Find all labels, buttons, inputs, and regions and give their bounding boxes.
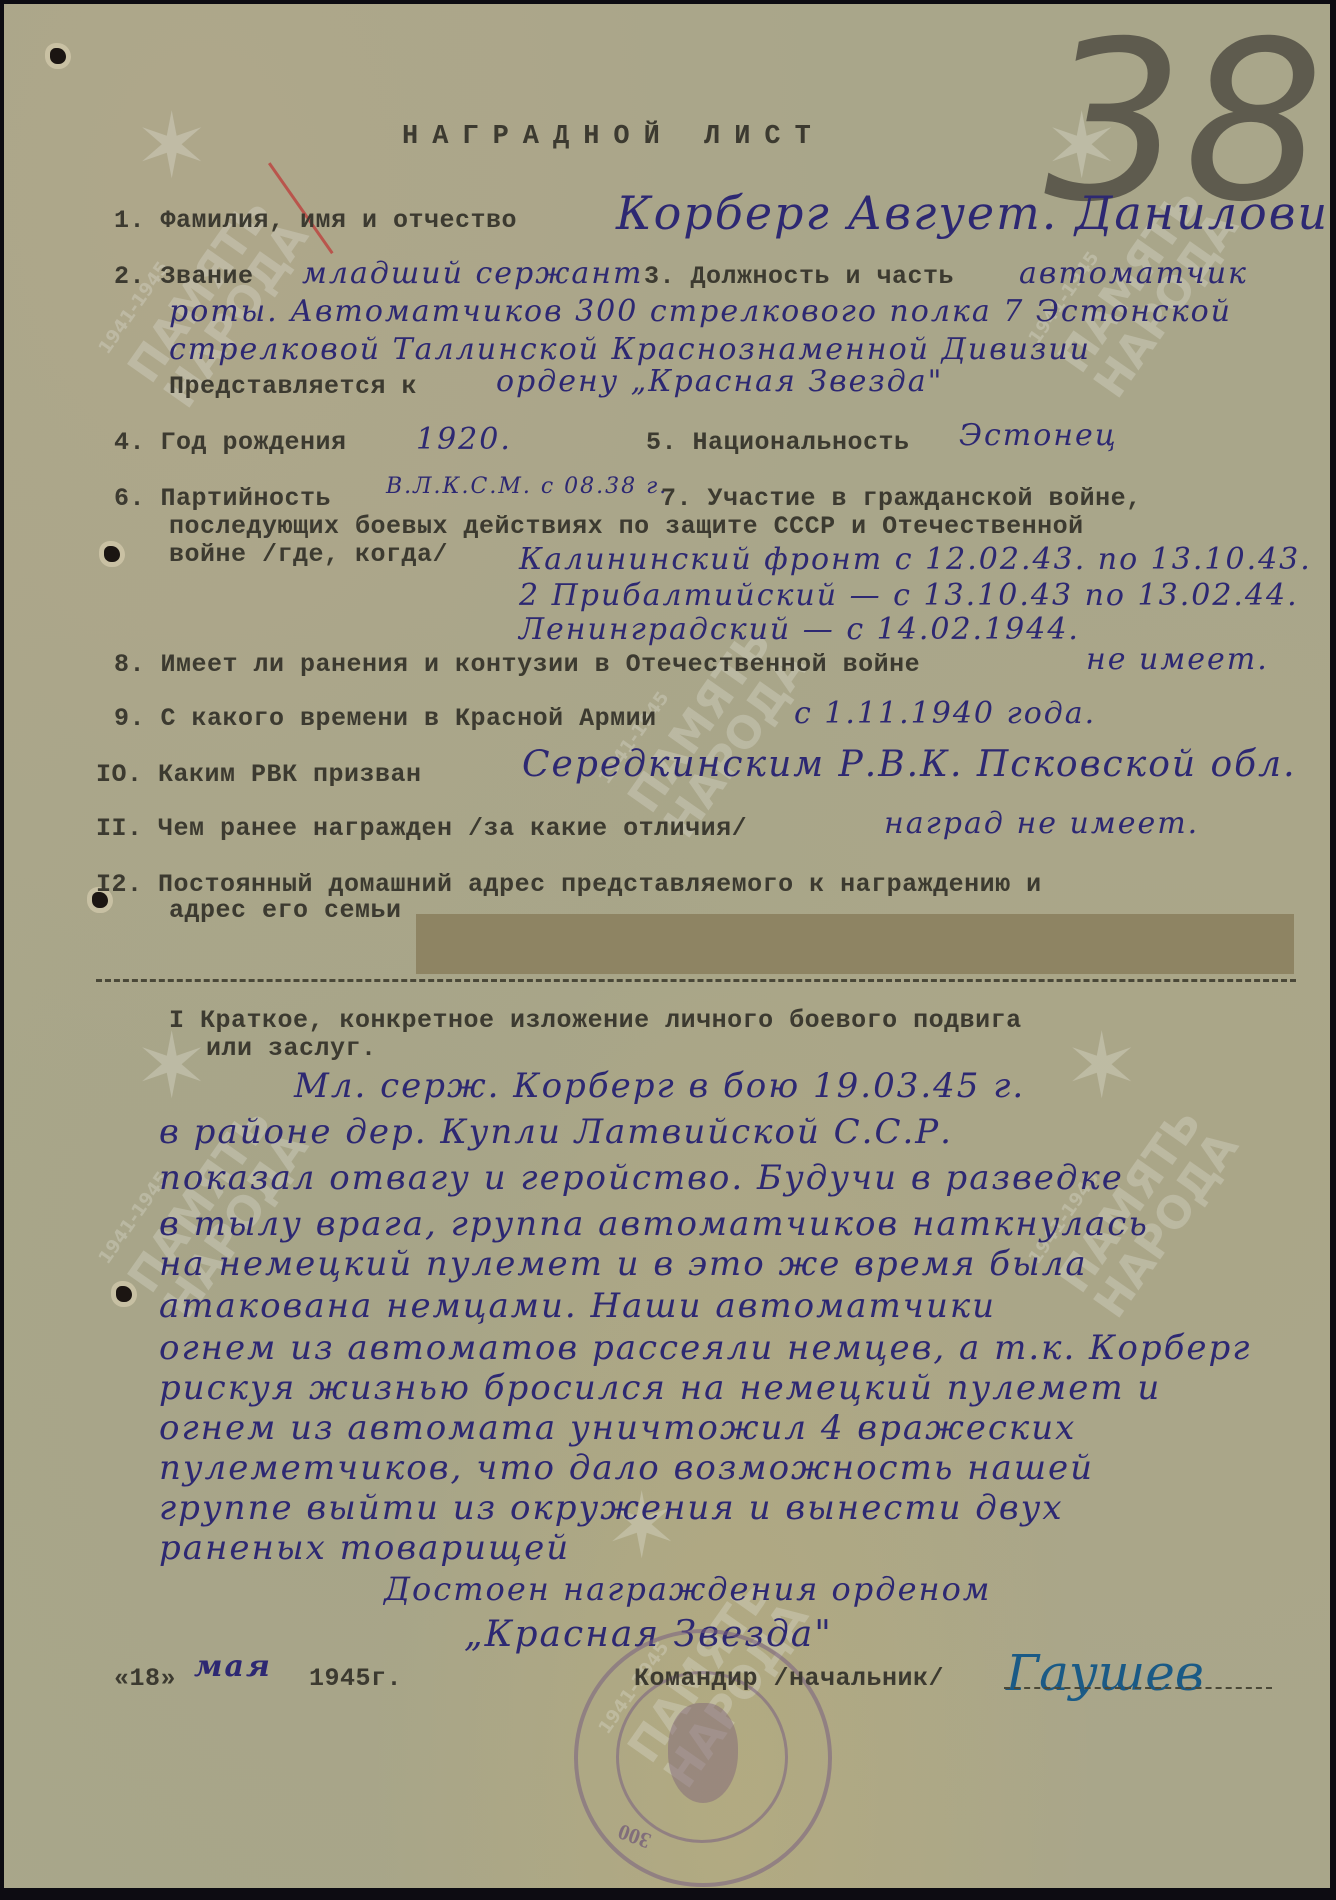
summary-heading-line2: или заслуг. bbox=[206, 1034, 377, 1063]
field-11-label: II. Чем ранее награжден /за какие отличи… bbox=[96, 814, 747, 843]
field-7-value-line2: 2 Прибалтийский — с 13.10.43 по 13.02.44… bbox=[519, 578, 1299, 613]
conclusion: Достоен награждения орденом bbox=[384, 1570, 991, 1608]
document-title: НАГРАДНОЙ ЛИСТ bbox=[402, 122, 825, 152]
date-year: 1945г. bbox=[309, 1664, 402, 1693]
field-7-value-line3: Ленинградский — с 14.02.1944. bbox=[519, 612, 1080, 647]
summary-line: рискуя жизнью бросился на немецкий пулем… bbox=[159, 1368, 1161, 1408]
field-9-label: 9. С какого времени в Красной Армии bbox=[114, 704, 657, 733]
field-7-label: 7. Участие в гражданской войне, bbox=[661, 484, 1142, 513]
commander-label: Командир /начальник/ bbox=[634, 1664, 944, 1693]
summary-line: огнем из автомата уничтожил 4 вражеских bbox=[159, 1408, 1076, 1448]
field-10-value: Середкинским Р.В.К. Псковской обл. bbox=[522, 744, 1297, 785]
summary-line: показал отвагу и геройство. Будучи в раз… bbox=[159, 1158, 1124, 1198]
field-2-label: 2. Звание bbox=[114, 262, 254, 291]
field-5-value: Эстонец bbox=[959, 418, 1118, 453]
punch-hole bbox=[116, 1286, 132, 1302]
signature-line bbox=[1004, 1687, 1272, 1689]
nomination-label: Представляется к bbox=[169, 372, 417, 401]
field-6-value: В.Л.К.С.М. с 08.38 г. bbox=[386, 474, 668, 499]
summary-line: в тылу врага, группа автоматчиков наткну… bbox=[159, 1204, 1149, 1244]
field-2-value: младший сержант bbox=[302, 256, 643, 291]
summary-line: огнем из автоматов рассеяли немцев, а т.… bbox=[159, 1328, 1251, 1368]
field-3-value: автоматчик bbox=[1019, 256, 1248, 291]
field-3-value-line3: стрелковой Таллинской Краснознаменной Ди… bbox=[169, 332, 1091, 367]
summary-line: в районе дер. Купли Латвийской С.С.Р. bbox=[159, 1112, 953, 1152]
field-7-value-line1: Калининский фронт с 12.02.43. по 13.10.4… bbox=[519, 542, 1312, 577]
date-month: мая bbox=[194, 1649, 272, 1684]
field-1-label: 1. Фамилия, имя и отчество bbox=[114, 206, 517, 235]
summary-line: группе выйти из окружения и вынести двух bbox=[159, 1488, 1064, 1528]
nomination-value: ордену „Красная Звезда" bbox=[496, 364, 943, 399]
field-6-label: 6. Партийность bbox=[114, 484, 331, 513]
summary-line: на немецкий пулемет и в это же время был… bbox=[159, 1244, 1088, 1284]
field-5-label: 5. Национальность bbox=[646, 428, 910, 457]
award-sheet-page: ✶ 1941-1945 ПАМЯТЬ НАРОДА ✶ 1941-1945 ПА… bbox=[4, 4, 1330, 1888]
commander-signature: Гаушев bbox=[1006, 1644, 1204, 1702]
section-divider bbox=[96, 979, 1296, 982]
field-1-value: Корберг Авгует. Данилович bbox=[616, 186, 1330, 240]
date-day: «18» bbox=[114, 1664, 176, 1693]
field-8-label: 8. Имеет ли ранения и контузии в Отечест… bbox=[114, 650, 920, 679]
field-8-value: не имеет. bbox=[1086, 642, 1269, 677]
punch-hole bbox=[104, 546, 120, 562]
field-11-value: наград не имеет. bbox=[884, 806, 1199, 841]
summary-line: пулеметчиков, что дало возможность нашей bbox=[159, 1448, 1094, 1488]
redacted-address bbox=[416, 914, 1294, 974]
punch-hole bbox=[50, 48, 66, 64]
summary-heading: I Краткое, конкретное изложение личного … bbox=[169, 1006, 1022, 1035]
field-3-label: 3. Должность и часть bbox=[644, 262, 954, 291]
field-3-value-line2: роты. Автоматчиков 300 стрелкового полка… bbox=[169, 294, 1232, 329]
field-12-label: I2. Постоянный домашний адрес представля… bbox=[96, 870, 1042, 899]
field-9-value: с 1.11.1940 года. bbox=[794, 696, 1096, 731]
field-7-label-line3: войне /где, когда/ bbox=[169, 540, 448, 569]
summary-line: Мл. серж. Корберг в бою 19.03.45 г. bbox=[294, 1066, 1025, 1106]
summary-line: атакована немцами. Наши автоматчики bbox=[159, 1286, 996, 1326]
field-10-label: IO. Каким РВК призван bbox=[96, 760, 422, 789]
field-4-label: 4. Год рождения bbox=[114, 428, 347, 457]
coat-of-arms-icon bbox=[668, 1703, 738, 1803]
field-7-label-line2: последующих боевых действиях по защите С… bbox=[169, 512, 1084, 541]
summary-line: раненых товарищей bbox=[159, 1528, 570, 1568]
field-12-label-line2: адрес его семьи bbox=[169, 896, 402, 925]
field-4-value: 1920. bbox=[416, 422, 512, 457]
watermark: 1941-1945 ПАМЯТЬ НАРОДА bbox=[1016, 1075, 1247, 1326]
